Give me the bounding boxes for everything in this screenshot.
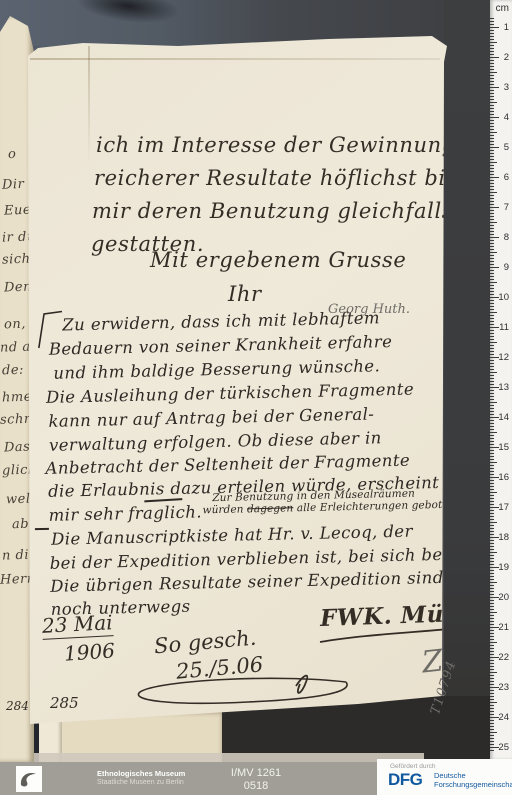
ruler-tick [490, 360, 494, 361]
ruler-tick [490, 78, 494, 79]
ruler-tick [490, 240, 494, 241]
margin-fragment: hme [2, 389, 32, 405]
ruler-tick [490, 591, 494, 592]
ruler-unit-label: cm [496, 3, 509, 14]
ruler-tick [490, 207, 499, 208]
ruler-tick [490, 306, 494, 307]
ruler-tick [490, 729, 494, 730]
ruler-tick [490, 255, 494, 256]
ruler-tick [490, 318, 494, 319]
ruler-tick [490, 510, 494, 511]
ruler-tick [490, 492, 497, 493]
ruler-tick [490, 435, 494, 436]
ruler-tick [490, 210, 494, 211]
ruler-tick [490, 402, 497, 403]
ruler-tick [490, 222, 497, 223]
ruler-tick [490, 438, 494, 439]
ruler-tick [490, 300, 494, 301]
letter-line: reicherer Resultate höflichst bitten, [94, 166, 498, 190]
ruler-tick [490, 132, 497, 133]
ruler-tick [490, 225, 494, 226]
ruler-tick [490, 474, 494, 475]
ruler-tick [490, 129, 494, 130]
ruler-tick [490, 648, 494, 649]
ruler-tick [490, 48, 494, 49]
struck-word: dagegen [247, 502, 294, 515]
ruler-tick [490, 342, 497, 343]
margin-fragment: on, [4, 317, 26, 333]
ruler-tick [490, 126, 494, 127]
ruler-tick [490, 213, 494, 214]
ruler-number: 2 [504, 52, 509, 63]
ruler-tick [490, 708, 494, 709]
ruler-number: 23 [498, 682, 509, 693]
insertion-text: würden [202, 503, 247, 516]
funding-label: Gefördert durch [390, 763, 436, 770]
ruler-number: 24 [498, 712, 509, 723]
ruler-tick [490, 546, 494, 547]
dfg-org-name: Deutsche Forschungsgemeinschaft [434, 772, 512, 789]
ruler-tick [490, 120, 494, 121]
ruler-tick [490, 471, 494, 472]
ruler-tick [490, 204, 494, 205]
ruler-tick [490, 168, 494, 169]
ruler-tick [490, 411, 494, 412]
margin-fragment: Das [4, 440, 31, 456]
ruler-tick [490, 483, 494, 484]
ruler-tick [490, 237, 499, 238]
ruler-tick [490, 564, 494, 565]
ruler-tick [490, 309, 494, 310]
ruler-tick [490, 465, 494, 466]
ruler-tick [490, 414, 494, 415]
ruler-tick [490, 330, 494, 331]
ruler-tick [490, 624, 494, 625]
ruler-tick [490, 189, 494, 190]
ruler-tick [490, 105, 494, 106]
ruler-tick [490, 39, 494, 40]
ruler-tick [490, 723, 494, 724]
ruler-tick [490, 726, 494, 727]
margin-fragment: Den [4, 280, 33, 296]
ruler-tick [490, 45, 494, 46]
ruler-tick [490, 231, 494, 232]
ruler-tick [490, 696, 494, 697]
ruler-tick [490, 453, 494, 454]
ruler-tick [490, 276, 494, 277]
ruler-number: 19 [498, 562, 509, 573]
ruler-tick [490, 603, 494, 604]
ruler-tick [490, 735, 494, 736]
ruler-tick [490, 450, 494, 451]
ruler-tick [490, 180, 494, 181]
ruler-tick [490, 165, 494, 166]
ruler-tick [490, 156, 494, 157]
ruler-tick [490, 456, 494, 457]
ruler-tick [490, 432, 497, 433]
margin-fragment: wel [6, 492, 31, 508]
ruler-tick [490, 303, 494, 304]
ruler-tick [490, 159, 494, 160]
ruler-tick [490, 171, 494, 172]
ruler-tick [490, 579, 494, 580]
ruler-tick [490, 141, 494, 142]
date-text: 23 Mai [41, 610, 113, 640]
ruler-tick [490, 405, 494, 406]
margin-fragment: o [8, 147, 17, 162]
draft-line: verwaltung erfolgen. Ob diese aber in [49, 428, 382, 455]
ruler-tick [490, 234, 494, 235]
ruler-number: 11 [499, 322, 509, 333]
draft-line: Die übrigen Resultate seiner Expedition … [50, 568, 444, 596]
ruler-number: 1 [504, 22, 509, 33]
ruler-tick [490, 33, 494, 34]
ruler-tick [490, 36, 494, 37]
ruler-tick [490, 381, 494, 382]
ruler-tick [490, 369, 494, 370]
ruler-tick [490, 27, 499, 28]
margin-fragment: n die [2, 547, 34, 563]
ruler-tick [490, 372, 497, 373]
ruler-tick [490, 246, 494, 247]
ruler-tick [490, 714, 494, 715]
ruler-tick [490, 576, 494, 577]
ruler-tick [490, 558, 494, 559]
margin-fragment: de: [2, 363, 24, 379]
ruler-tick [490, 513, 494, 514]
ruler-tick [490, 690, 494, 691]
ruler-number: 20 [498, 592, 509, 603]
ruler-tick [490, 555, 494, 556]
ruler-tick [490, 699, 494, 700]
ruler-tick [490, 582, 497, 583]
ruler-tick [490, 198, 494, 199]
ruler-tick [490, 636, 494, 637]
ruler-tick [490, 486, 494, 487]
ruler-tick [490, 312, 497, 313]
ruler-tick [490, 429, 494, 430]
margin-fragment: ab [12, 517, 30, 533]
ruler-tick [490, 102, 497, 103]
ruler-tick [490, 324, 494, 325]
ruler-number: 25 [498, 742, 509, 753]
ruler-tick [490, 678, 494, 679]
draft-line: kann nur auf Antrag bei der General- [48, 404, 374, 430]
ruler-tick [490, 702, 497, 703]
ruler-tick [490, 495, 494, 496]
ruler-tick [490, 459, 494, 460]
ruler-tick [490, 291, 494, 292]
ruler-tick [490, 243, 494, 244]
ruler-tick [490, 519, 494, 520]
ruler-tick [490, 528, 494, 529]
ruler-tick [490, 651, 494, 652]
ruler-tick [490, 75, 494, 76]
ruler-tick [490, 498, 494, 499]
ruler-tick [490, 264, 494, 265]
ruler-tick [490, 84, 494, 85]
ruler-tick [490, 489, 494, 490]
ruler-tick [490, 183, 494, 184]
letter-line: ich im Interesse der Gewinnung [96, 133, 456, 157]
ruler-tick [490, 249, 494, 250]
ruler-number: 4 [504, 112, 509, 123]
margin-fragment: schrift [0, 411, 34, 428]
ruler-tick [490, 516, 494, 517]
ruler-tick [490, 315, 494, 316]
dfg-org-line: Forschungsgemeinschaft [434, 781, 512, 790]
ruler-number: 3 [504, 82, 509, 93]
ruler-tick [490, 480, 494, 481]
ruler-tick [490, 534, 494, 535]
ruler-tick [490, 321, 494, 322]
ruler-tick [490, 420, 494, 421]
ruler-tick [490, 600, 494, 601]
ruler-tick [490, 21, 494, 22]
ruler-tick [490, 186, 494, 187]
ruler-tick [490, 261, 494, 262]
flourish-loop [128, 672, 358, 712]
ruler-tick [490, 69, 494, 70]
draft-line: und ihm baldige Besserung wünsche. [53, 356, 380, 382]
ruler-tick [490, 630, 494, 631]
ruler-tick [490, 201, 494, 202]
ruler-tick [490, 273, 494, 274]
ruler-tick [490, 24, 494, 25]
ruler-number: 15 [498, 442, 509, 453]
ruler-tick [490, 54, 494, 55]
ruler-tick [490, 282, 497, 283]
ruler-tick [490, 621, 494, 622]
ruler-tick [490, 666, 494, 667]
draft-line: Zu erwidern, dass ich mit lebhaftem [62, 308, 380, 334]
ruler-tick [490, 99, 494, 100]
ruler-tick [490, 138, 494, 139]
ruler-tick [490, 270, 494, 271]
ruler-tick [490, 609, 494, 610]
ruler-tick [490, 444, 494, 445]
ruler-tick [490, 612, 497, 613]
footer-bar: Ethnologisches Museum Staatliche Museen … [0, 762, 512, 795]
ruler-tick [490, 570, 494, 571]
ruler-tick [490, 285, 494, 286]
ruler-tick [490, 72, 497, 73]
margin-fragment: glich [2, 462, 34, 478]
ruler-tick [490, 423, 494, 424]
ruler-tick [490, 606, 494, 607]
ruler-tick [490, 645, 494, 646]
ruler-tick [490, 216, 494, 217]
draft-line: Die Manuscriptkiste hat Hr. v. Lecoq, de… [51, 522, 413, 549]
ruler-tick [490, 228, 494, 229]
letter-signoff: Ihr [228, 282, 262, 306]
ruler-tick [490, 573, 494, 574]
ruler-tick [490, 294, 494, 295]
ruler-tick [490, 366, 494, 367]
ruler-tick [490, 588, 494, 589]
ruler-tick [490, 339, 494, 340]
ruler-tick [490, 87, 499, 88]
page-number: 285 [50, 694, 79, 712]
ruler-tick [490, 192, 497, 193]
ruler-tick [490, 96, 494, 97]
ruler-tick [490, 354, 494, 355]
draft-date-year: 1906 [63, 638, 115, 665]
ruler-tick [490, 375, 494, 376]
ruler-tick [490, 90, 494, 91]
ruler-tick [490, 111, 494, 112]
draft-line: Anbetracht der Seltenheit der Fragmente [45, 451, 410, 478]
letter-line: mir deren Benutzung gleichfalls zu [92, 199, 486, 223]
ruler-tick [490, 468, 494, 469]
ruler-tick [490, 327, 499, 328]
ruler-number: 16 [498, 472, 509, 483]
backdrop-right [444, 0, 492, 762]
ruler-tick [490, 672, 497, 673]
ruler-tick [490, 51, 494, 52]
ruler-tick [490, 504, 494, 505]
ruler-tick [490, 720, 494, 721]
ruler-tick [490, 426, 494, 427]
ruler-tick [490, 42, 497, 43]
adjacent-page-number: 284 [6, 699, 29, 713]
page-crease [88, 46, 90, 166]
ruler-number: 18 [498, 532, 509, 543]
ruler-tick [490, 81, 494, 82]
letter-page: ich im Interesse der Gewinnung reicherer… [28, 36, 448, 726]
ruler-tick [490, 60, 494, 61]
ruler-number: 10 [498, 292, 509, 303]
ruler-tick [490, 108, 494, 109]
ruler-tick [490, 522, 497, 523]
ruler-tick [490, 57, 499, 58]
ruler-tick [490, 549, 494, 550]
ruler-number: 8 [504, 232, 509, 243]
ruler-tick [490, 177, 499, 178]
ruler-tick [490, 135, 494, 136]
ruler-tick [490, 681, 494, 682]
ruler-tick [490, 267, 499, 268]
ruler-tick [490, 144, 494, 145]
ruler-tick [490, 669, 494, 670]
ruler-tick [490, 462, 497, 463]
ruler-tick [490, 219, 494, 220]
ruler-tick [490, 393, 494, 394]
ruler-number: 9 [504, 262, 509, 273]
ruler-number: 22 [498, 652, 509, 663]
ruler-tick [490, 66, 494, 67]
ruler-tick [490, 288, 494, 289]
ruler-number: 5 [504, 142, 509, 153]
dfg-panel: Gefördert durch DFG Deutsche Forschungsg… [377, 759, 512, 795]
ruler-tick [490, 114, 494, 115]
ruler-tick [490, 663, 494, 664]
ruler-number: 12 [498, 352, 509, 363]
margin-dash [35, 528, 49, 530]
ruler-tick [490, 258, 494, 259]
ruler-number: 14 [498, 412, 509, 423]
ruler-tick [490, 390, 494, 391]
ruler-tick [490, 732, 497, 733]
ruler-tick [490, 738, 494, 739]
ruler-tick [490, 18, 494, 19]
ruler-tick [490, 654, 494, 655]
draft-line: Die Ausleihung der türkischen Fragmente [46, 380, 414, 407]
ruler-tick [490, 711, 494, 712]
dfg-logo: DFG [388, 770, 422, 790]
ruler-tick [490, 741, 494, 742]
ruler-tick [490, 633, 494, 634]
ruler-tick [490, 363, 494, 364]
ruler-tick [490, 585, 494, 586]
ruler-number: 17 [498, 502, 509, 513]
ruler-tick [490, 279, 494, 280]
ruler-tick [490, 396, 494, 397]
ruler-tick [490, 345, 494, 346]
ruler-tick [490, 441, 494, 442]
draft-line: Bedauern von seiner Krankheit erfahre [49, 332, 393, 359]
scan-viewport: oDir inEuerir dusichtDenon,nd ande:hmesc… [0, 0, 512, 795]
ruler-tick [490, 540, 494, 541]
ruler-tick [490, 750, 494, 751]
ruler-tick [490, 117, 499, 118]
draft-line: mir sehr fraglich. [48, 502, 202, 524]
ruler-tick [490, 123, 494, 124]
draft-date-day: 23 Mai [41, 610, 113, 640]
ruler-tick [490, 642, 497, 643]
ruler-tick [490, 348, 494, 349]
ruler-tick [490, 336, 494, 337]
ruler-tick [490, 174, 494, 175]
ruler-tick [490, 531, 494, 532]
ruler-tick [490, 162, 497, 163]
ruler-tick [490, 150, 494, 151]
ruler: cm 1234567891011121314151617181920212223… [490, 0, 512, 760]
ruler-tick [490, 744, 494, 745]
ruler-tick [490, 561, 494, 562]
page-crease [30, 58, 440, 60]
ruler-tick [490, 615, 494, 616]
letter-closing: Mit ergebenem Grusse [150, 248, 406, 272]
ruler-tick [490, 594, 494, 595]
ruler-tick [490, 660, 494, 661]
ruler-tick [490, 675, 494, 676]
ruler-tick [490, 63, 494, 64]
ruler-tick [490, 501, 494, 502]
underline-stroke [144, 498, 182, 502]
ruler-tick [490, 147, 499, 148]
ruler-tick [490, 195, 494, 196]
ruler-tick [490, 252, 497, 253]
ruler-tick [490, 378, 494, 379]
ruler-tick [490, 93, 494, 94]
ruler-tick [490, 408, 494, 409]
ruler-number: 21 [498, 622, 509, 633]
ruler-tick [490, 693, 494, 694]
paper-edge-strip [18, 753, 424, 762]
draft-reply: Zu erwidern, dass ich mit lebhaftem Beda… [40, 302, 483, 632]
ruler-tick [490, 639, 494, 640]
ruler-tick [490, 384, 494, 385]
ruler-number: 7 [504, 202, 509, 213]
margin-fragment: Herrn [0, 571, 34, 587]
ruler-tick [490, 705, 494, 706]
ruler-number: 6 [504, 172, 509, 183]
ruler-tick [490, 333, 494, 334]
ruler-tick [490, 351, 494, 352]
ruler-tick [490, 153, 494, 154]
ruler-tick [490, 684, 494, 685]
